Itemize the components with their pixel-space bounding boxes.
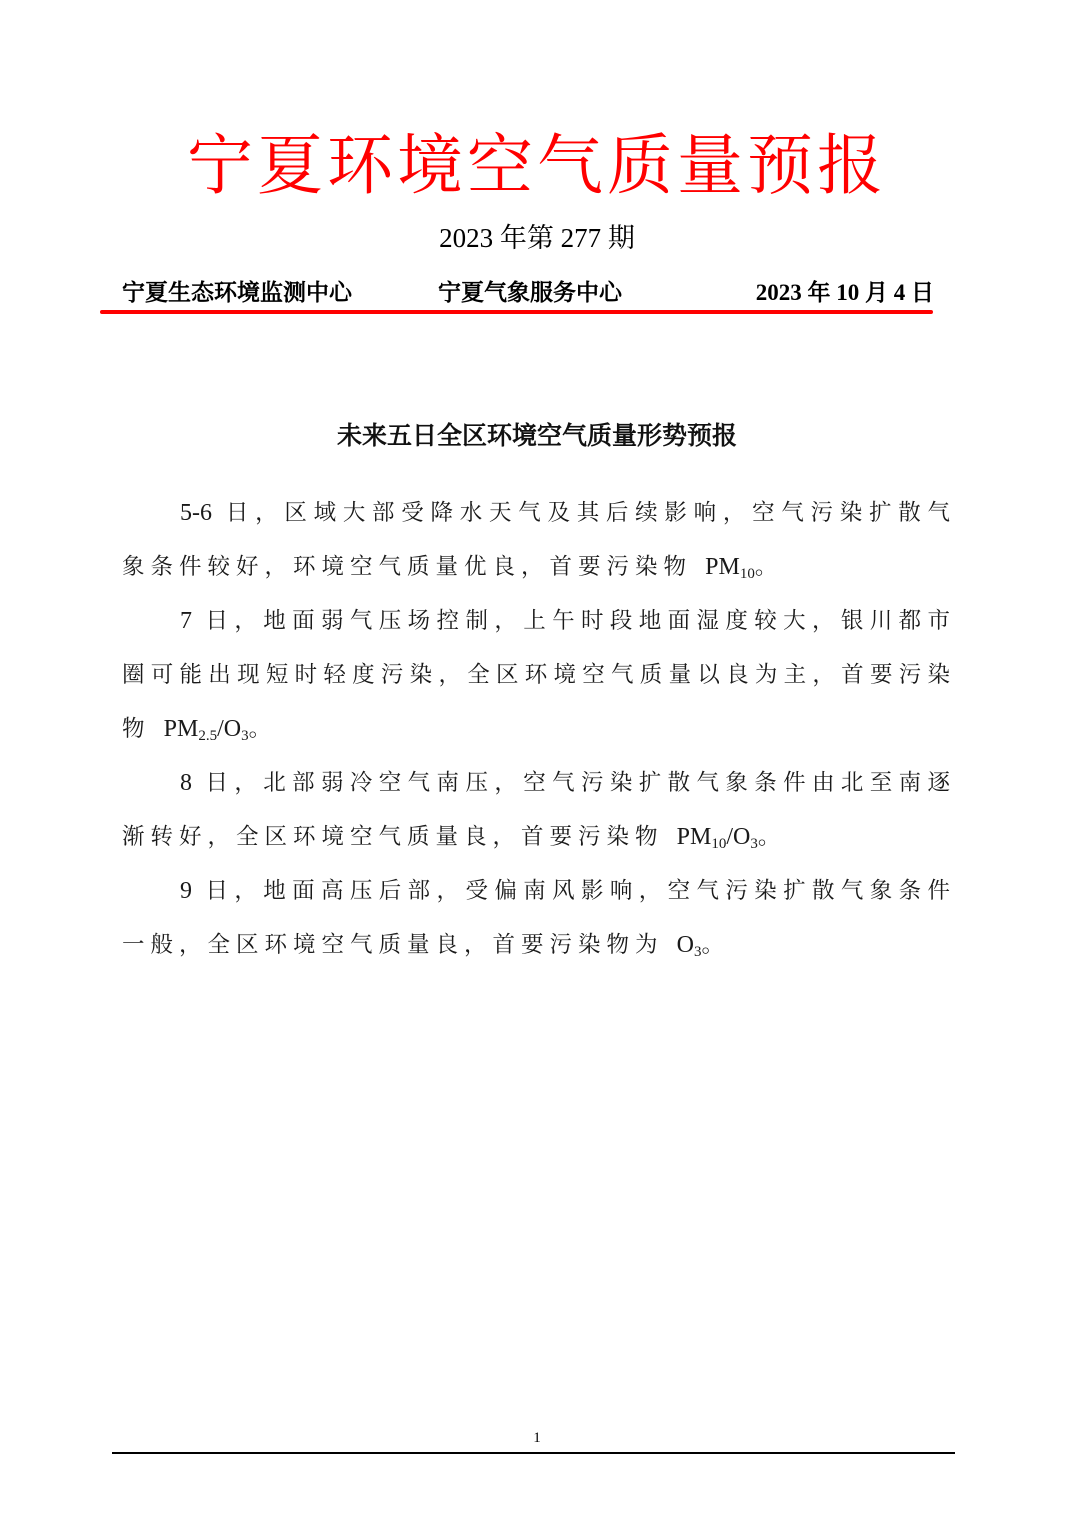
section-heading: 未来五日全区环境空气质量形势预报 (0, 416, 1074, 456)
issue-date: 2023 年 10 月 4 日 (756, 276, 934, 310)
forecast-text: 日，区域大部受降水天气及其后续影响，空气污染扩散气象条件较好，环境空气质量优良，… (122, 500, 956, 580)
red-header-rule (100, 310, 933, 314)
pollutant-o3: O3 (733, 824, 758, 850)
forecast-text-end: 。 (755, 554, 784, 580)
pollutant-o3: O3 (677, 932, 702, 958)
forecast-day: 8 (180, 770, 192, 796)
forecast-paragraph-day-7: 7 日，地面弱气压场控制，上午时段地面湿度较大，银川都市圈可能出现短时轻度污染，… (122, 594, 956, 756)
forecast-paragraph-day-9: 9 日，地面高压后部，受偏南风影响，空气污染扩散气象条件一般，全区环境空气质量良… (122, 864, 956, 972)
forecast-paragraph-day-8: 8 日，北部弱冷空气南压，空气污染扩散气象条件由北至南逐渐转好，全区环境空气质量… (122, 756, 956, 864)
pollutant-o3: O3 (224, 716, 249, 742)
issuer-meteorological-service-center: 宁夏气象服务中心 (438, 276, 622, 310)
pollutant-pm10: PM10 (677, 824, 727, 850)
forecast-day: 5-6 (180, 500, 212, 526)
forecast-day: 7 (180, 608, 192, 634)
forecast-text-end: 。 (249, 716, 278, 742)
pollutant-pm25: PM2.5 (164, 716, 217, 742)
document-page: 宁夏环境空气质量预报 2023 年第 277 期 宁夏生态环境监测中心 宁夏气象… (0, 0, 1074, 1520)
issue-number: 2023 年第 277 期 (0, 220, 1074, 256)
issuer-ecology-monitoring-center: 宁夏生态环境监测中心 (122, 276, 352, 310)
pollutant-pm10: PM10 (705, 554, 755, 580)
forecast-day: 9 (180, 878, 192, 904)
forecast-text-end: 。 (702, 932, 731, 958)
forecast-text: 日，北部弱冷空气南压，空气污染扩散气象条件由北至南逐渐转好，全区环境空气质量良，… (122, 770, 956, 850)
forecast-text: 日，地面高压后部，受偏南风影响，空气污染扩散气象条件一般，全区环境空气质量良，首… (122, 878, 956, 958)
page-number: 1 (0, 1428, 1074, 1448)
forecast-paragraph-day-5-6: 5-6 日，区域大部受降水天气及其后续影响，空气污染扩散气象条件较好，环境空气质… (122, 486, 956, 594)
forecast-text-end: 。 (758, 824, 787, 850)
forecast-body: 5-6 日，区域大部受降水天气及其后续影响，空气污染扩散气象条件较好，环境空气质… (122, 486, 956, 972)
masthead-title: 宁夏环境空气质量预报 (0, 126, 1074, 206)
issuer-line: 宁夏生态环境监测中心 宁夏气象服务中心 2023 年 10 月 4 日 (122, 276, 934, 310)
footer-rule (112, 1452, 955, 1454)
